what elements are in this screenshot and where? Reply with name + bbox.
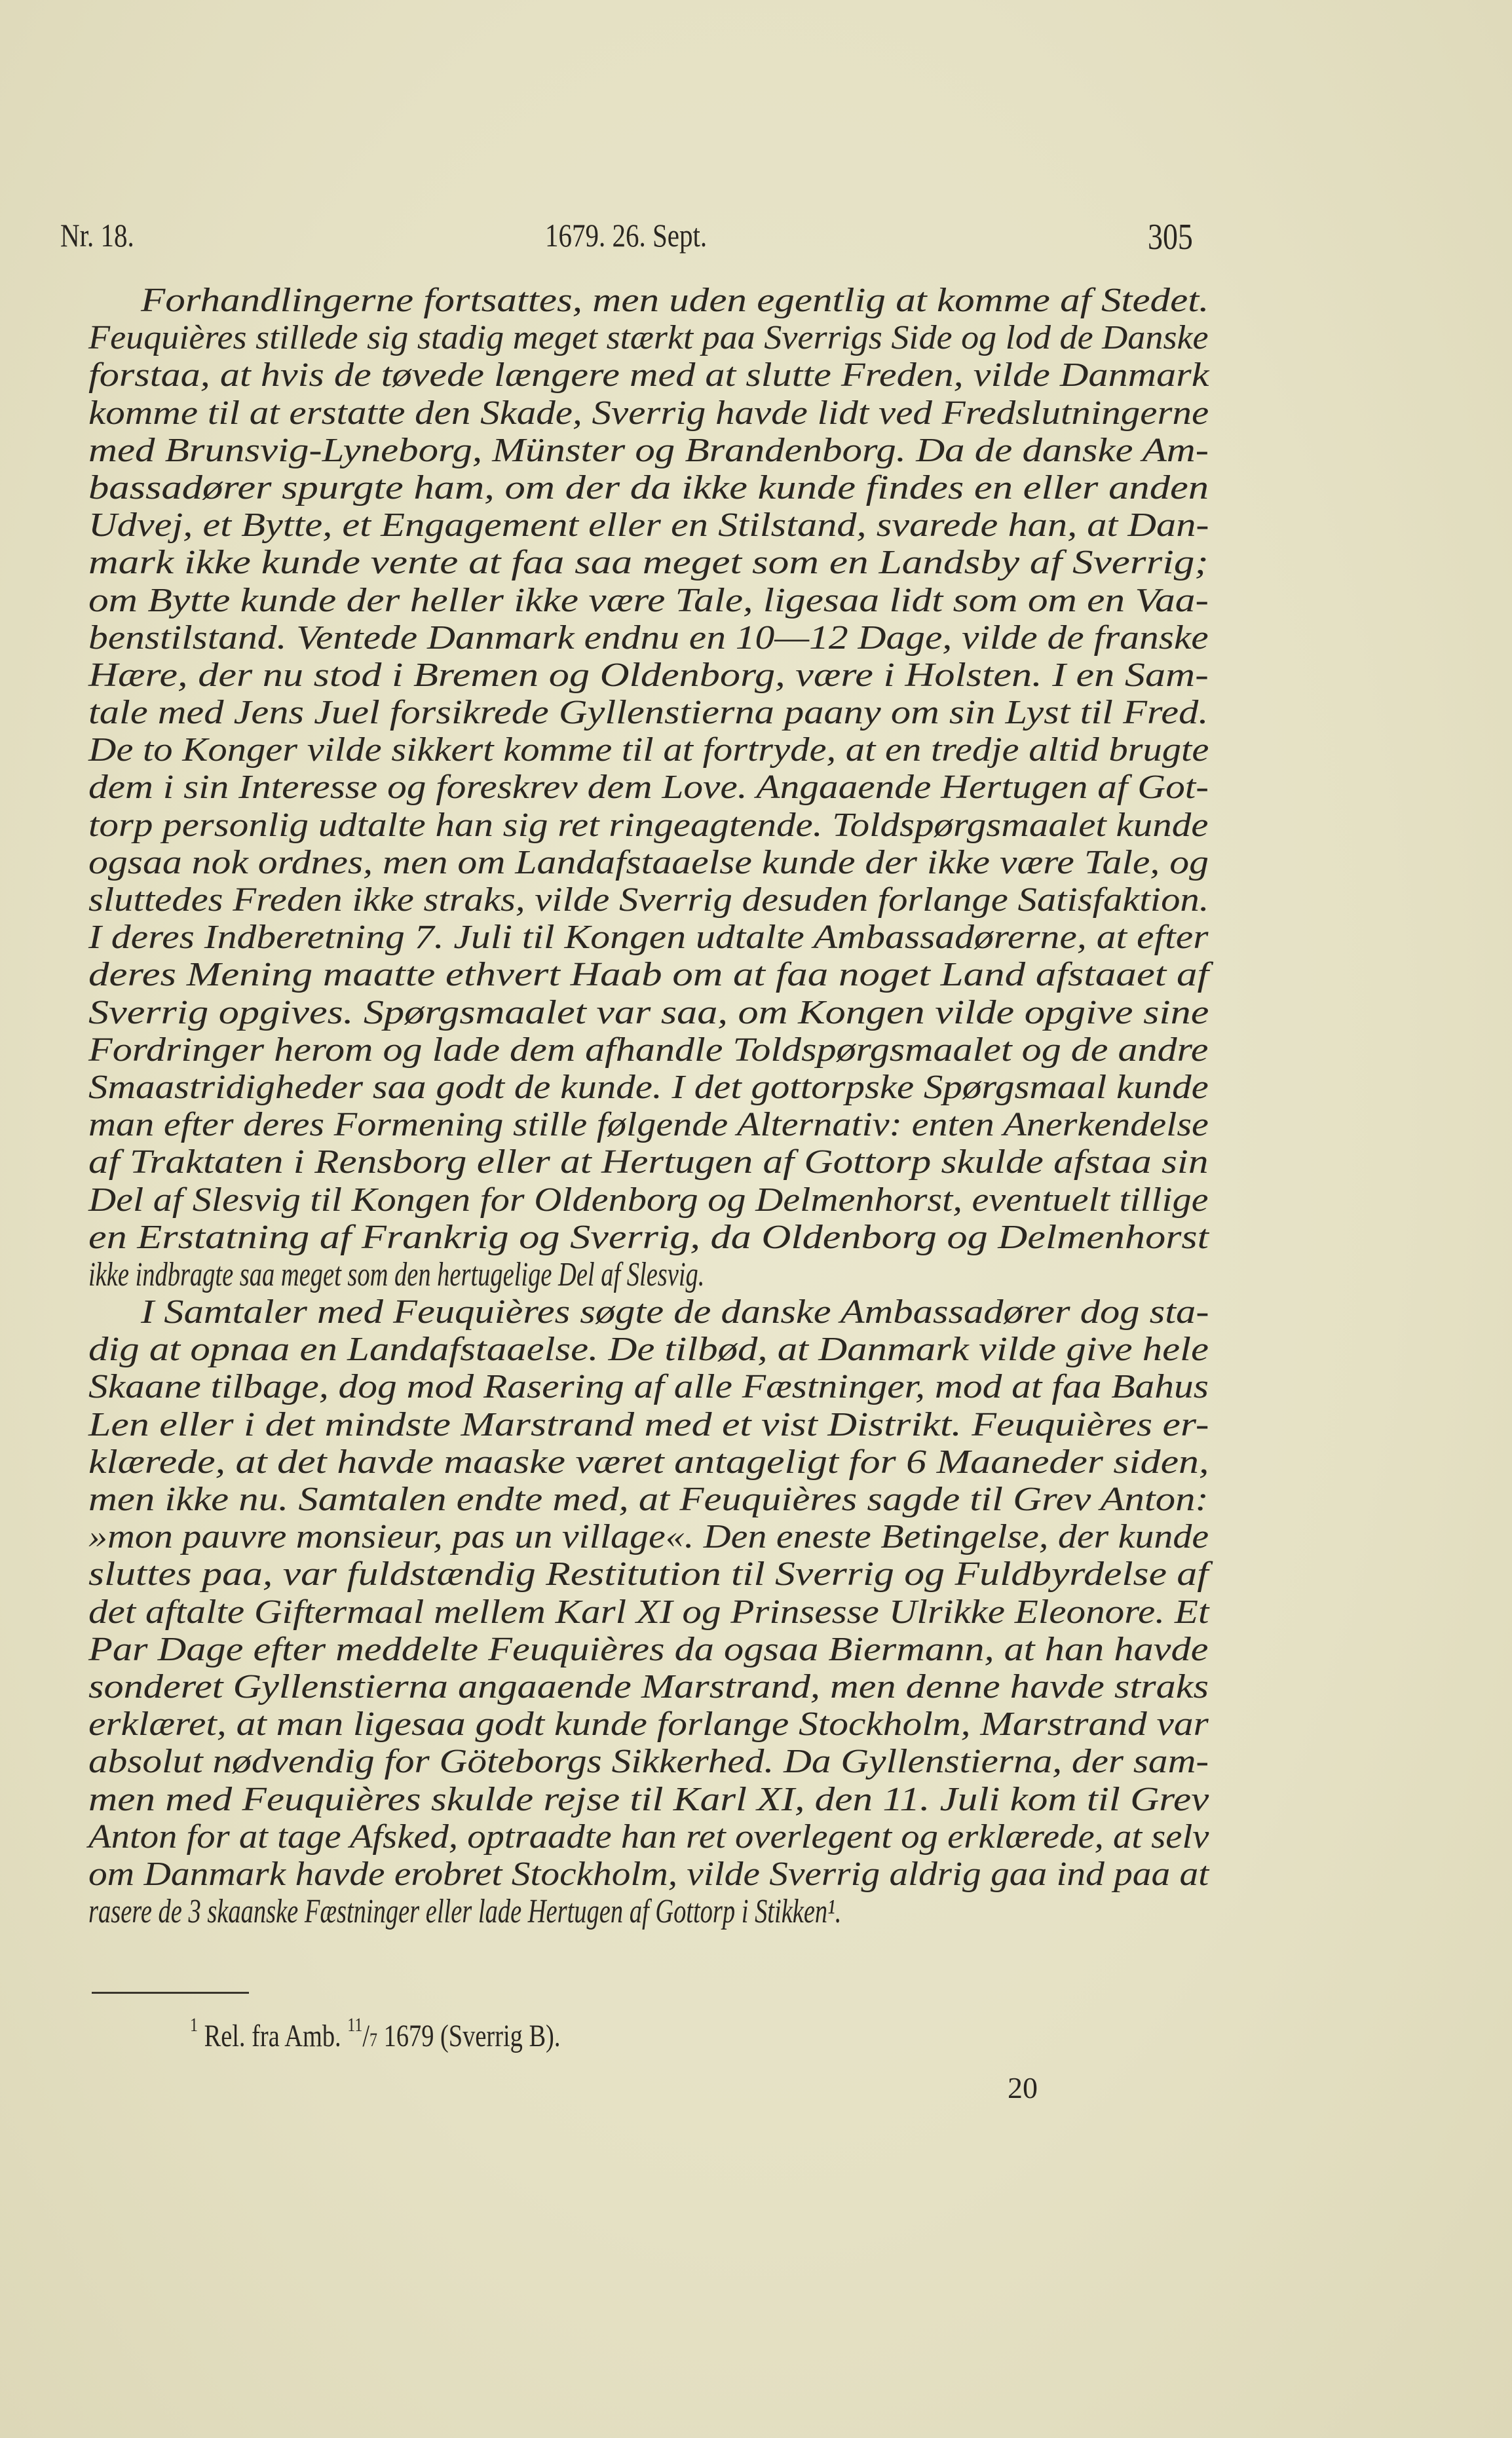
text-line: Skaane tilbage, dog mod Rasering af alle… <box>88 1368 1209 1405</box>
running-date: 1679. 26. Sept. <box>545 216 707 254</box>
text-line-content: ikke indbragte saa meget som den hertuge… <box>88 1256 704 1293</box>
body-text: Forhandlingerne fortsattes, men uden ege… <box>88 282 1209 1930</box>
text-line: Feuquières stillede sig stadig meget stæ… <box>88 319 1209 356</box>
text-line: om Danmark havde erobret Stockholm, vild… <box>88 1856 1209 1893</box>
text-line-content: absolut nødvendig for Göteborgs Sikkerhe… <box>88 1743 1209 1780</box>
text-line: I deres Indberetning 7. Juli til Kongen … <box>88 919 1209 956</box>
page-number: 305 <box>1148 216 1193 258</box>
text-line-content: I deres Indberetning 7. Juli til Kongen … <box>88 919 1208 956</box>
text-line: I Samtaler med Feuquières søgte de dansk… <box>88 1293 1209 1331</box>
footnote: 1 Rel. fra Amb. 11/7 1679 (Sverrig B). <box>190 2018 560 2054</box>
text-line-content: man efter deres Formening stille følgend… <box>88 1106 1209 1143</box>
document-number: Nr. 18. <box>60 216 134 254</box>
text-line-content: med Brunsvig-Lyneborg, Münster og Brande… <box>88 432 1209 469</box>
text-line-content: bassadører spurgte ham, om der da ikke k… <box>88 469 1209 506</box>
text-line-content: Fordringer herom og lade dem afhandle To… <box>88 1031 1208 1069</box>
text-line-content: sluttedes Freden ikke straks, vilde Sver… <box>88 881 1209 919</box>
footnote-fraction-num: 11 <box>347 2014 362 2036</box>
text-line: Forhandlingerne fortsattes, men uden ege… <box>88 282 1209 319</box>
text-line-content: Forhandlingerne fortsattes, men uden ege… <box>141 282 1209 319</box>
text-line: De to Konger vilde sikkert komme til at … <box>88 731 1209 769</box>
text-line: Sverrig opgives. Spørgsmaalet var saa, o… <box>88 994 1209 1031</box>
text-line: Smaastridigheder saa godt de kunde. I de… <box>88 1069 1209 1106</box>
text-line: »mon pauvre monsieur, pas un village«. D… <box>88 1518 1209 1555</box>
text-line-content: mark ikke kunde vente at faa saa meget s… <box>88 544 1209 581</box>
text-line-content: I Samtaler med Feuquières søgte de dansk… <box>141 1293 1209 1331</box>
footnote-text-after: 1679 (Sverrig B). <box>377 2019 560 2053</box>
text-line-content: Udvej, et Bytte, et Engagement eller en … <box>88 506 1209 544</box>
text-line-content: »mon pauvre monsieur, pas un village«. D… <box>88 1518 1209 1555</box>
text-line: sluttedes Freden ikke straks, vilde Sver… <box>88 881 1209 919</box>
text-line: Udvej, et Bytte, et Engagement eller en … <box>88 506 1209 544</box>
text-line-content: Feuquières stillede sig stadig meget stæ… <box>88 319 1209 356</box>
text-line-content: dig at opnaa en Landafstaaelse. De tilbø… <box>88 1331 1209 1368</box>
text-line: ikke indbragte saa meget som den hertuge… <box>88 1256 1209 1293</box>
footnote-text-before: Rel. fra Amb. <box>204 2019 348 2053</box>
text-line: deres Mening maatte ethvert Haab om at f… <box>88 956 1209 993</box>
text-line-content: sluttes paa, var fuldstændig Restitution… <box>88 1555 1208 1593</box>
text-line: man efter deres Formening stille følgend… <box>88 1106 1209 1143</box>
text-line: men med Feuquières skulde rejse til Karl… <box>88 1781 1209 1818</box>
text-line-content: Hære, der nu stod i Bremen og Oldenborg,… <box>88 657 1209 694</box>
footnote-rule <box>92 1992 249 1994</box>
text-line: sonderet Gyllenstierna angaaende Marstra… <box>88 1668 1209 1705</box>
text-line-content: tale med Jens Juel forsikrede Gyllenstie… <box>88 694 1208 731</box>
text-line: det aftalte Giftermaal mellem Karl XI og… <box>88 1593 1209 1631</box>
text-line-content: deres Mening maatte ethvert Haab om at f… <box>88 956 1209 993</box>
text-line: torp personlig udtalte han sig ret ringe… <box>88 807 1209 844</box>
text-line: Hære, der nu stod i Bremen og Oldenborg,… <box>88 657 1209 694</box>
text-line-content: komme til at erstatte den Skade, Sverrig… <box>88 394 1209 432</box>
text-line: mark ikke kunde vente at faa saa meget s… <box>88 544 1209 581</box>
text-line: rasere de 3 skaanske Fæstninger eller la… <box>88 1893 1209 1930</box>
text-line-content: om Danmark havde erobret Stockholm, vild… <box>88 1856 1209 1893</box>
text-line-content: rasere de 3 skaanske Fæstninger eller la… <box>88 1893 841 1930</box>
text-line: bassadører spurgte ham, om der da ikke k… <box>88 469 1209 506</box>
text-line-content: forstaa, at hvis de tøvede længere med a… <box>88 356 1209 394</box>
text-line-content: erklæret, at man ligesaa godt kunde forl… <box>88 1705 1209 1743</box>
text-line: med Brunsvig-Lyneborg, Münster og Brande… <box>88 432 1209 469</box>
text-line: erklæret, at man ligesaa godt kunde forl… <box>88 1705 1209 1743</box>
text-line: Fordringer herom og lade dem afhandle To… <box>88 1031 1209 1069</box>
text-line: dem i sin Interesse og foreskrev dem Lov… <box>88 769 1209 806</box>
text-line-content: Par Dage efter meddelte Feuquières da og… <box>88 1631 1208 1668</box>
text-line-content: Skaane tilbage, dog mod Rasering af alle… <box>88 1368 1209 1405</box>
text-line-content: benstilstand. Ventede Danmark endnu en 1… <box>88 619 1209 657</box>
text-line: tale med Jens Juel forsikrede Gyllenstie… <box>88 694 1209 731</box>
text-line-content: Sverrig opgives. Spørgsmaalet var saa, o… <box>88 994 1209 1031</box>
text-line: Del af Slesvig til Kongen for Oldenborg … <box>88 1181 1209 1219</box>
text-line-content: sonderet Gyllenstierna angaaende Marstra… <box>88 1668 1209 1705</box>
text-line-content: af Traktaten i Rensborg eller at Hertuge… <box>88 1143 1208 1181</box>
text-line-content: torp personlig udtalte han sig ret ringe… <box>88 807 1208 844</box>
footnote-marker: 1 <box>190 2014 198 2036</box>
text-line-content: det aftalte Giftermaal mellem Karl XI og… <box>88 1593 1209 1631</box>
text-line: klærede, at det havde maaske været antag… <box>88 1443 1209 1481</box>
text-line: Anton for at tage Afsked, optraadte han … <box>88 1818 1209 1856</box>
text-line-content: dem i sin Interesse og foreskrev dem Lov… <box>88 769 1209 806</box>
text-line-content: Len eller i det mindste Marstrand med et… <box>88 1406 1209 1443</box>
text-line-content: ogsaa nok ordnes, men om Landafstaaelse … <box>88 844 1209 881</box>
text-line-content: De to Konger vilde sikkert komme til at … <box>88 731 1209 769</box>
text-line: Par Dage efter meddelte Feuquières da og… <box>88 1631 1209 1668</box>
text-line: sluttes paa, var fuldstændig Restitution… <box>88 1555 1209 1593</box>
text-line: om Bytte kunde der heller ikke være Tale… <box>88 582 1209 619</box>
text-line: komme til at erstatte den Skade, Sverrig… <box>88 394 1209 432</box>
text-line-content: Anton for at tage Afsked, optraadte han … <box>88 1818 1209 1856</box>
footnote-fraction-den: 7 <box>369 2029 377 2051</box>
text-line-content: Del af Slesvig til Kongen for Oldenborg … <box>88 1181 1209 1219</box>
signature-mark: 20 <box>1008 2070 1038 2105</box>
text-line: forstaa, at hvis de tøvede længere med a… <box>88 356 1209 394</box>
text-line-content: klærede, at det havde maaske været antag… <box>88 1443 1209 1481</box>
text-line: men ikke nu. Samtalen endte med, at Feuq… <box>88 1481 1209 1518</box>
text-line-content: om Bytte kunde der heller ikke være Tale… <box>88 582 1209 619</box>
text-line-content: men med Feuquières skulde rejse til Karl… <box>88 1781 1209 1818</box>
text-line-content: Smaastridigheder saa godt de kunde. I de… <box>88 1069 1209 1106</box>
text-line: benstilstand. Ventede Danmark endnu en 1… <box>88 619 1209 657</box>
text-line: dig at opnaa en Landafstaaelse. De tilbø… <box>88 1331 1209 1368</box>
text-line: ogsaa nok ordnes, men om Landafstaaelse … <box>88 844 1209 881</box>
text-line-content: men ikke nu. Samtalen endte med, at Feuq… <box>88 1481 1209 1518</box>
book-page: Nr. 18. 1679. 26. Sept. 305 Forhandlinge… <box>0 0 1512 2438</box>
text-line: en Erstatning af Frankrig og Sverrig, da… <box>88 1219 1209 1256</box>
text-line: Len eller i det mindste Marstrand med et… <box>88 1406 1209 1443</box>
text-line: absolut nødvendig for Göteborgs Sikkerhe… <box>88 1743 1209 1780</box>
text-line: af Traktaten i Rensborg eller at Hertuge… <box>88 1143 1209 1181</box>
text-line-content: en Erstatning af Frankrig og Sverrig, da… <box>88 1219 1209 1256</box>
